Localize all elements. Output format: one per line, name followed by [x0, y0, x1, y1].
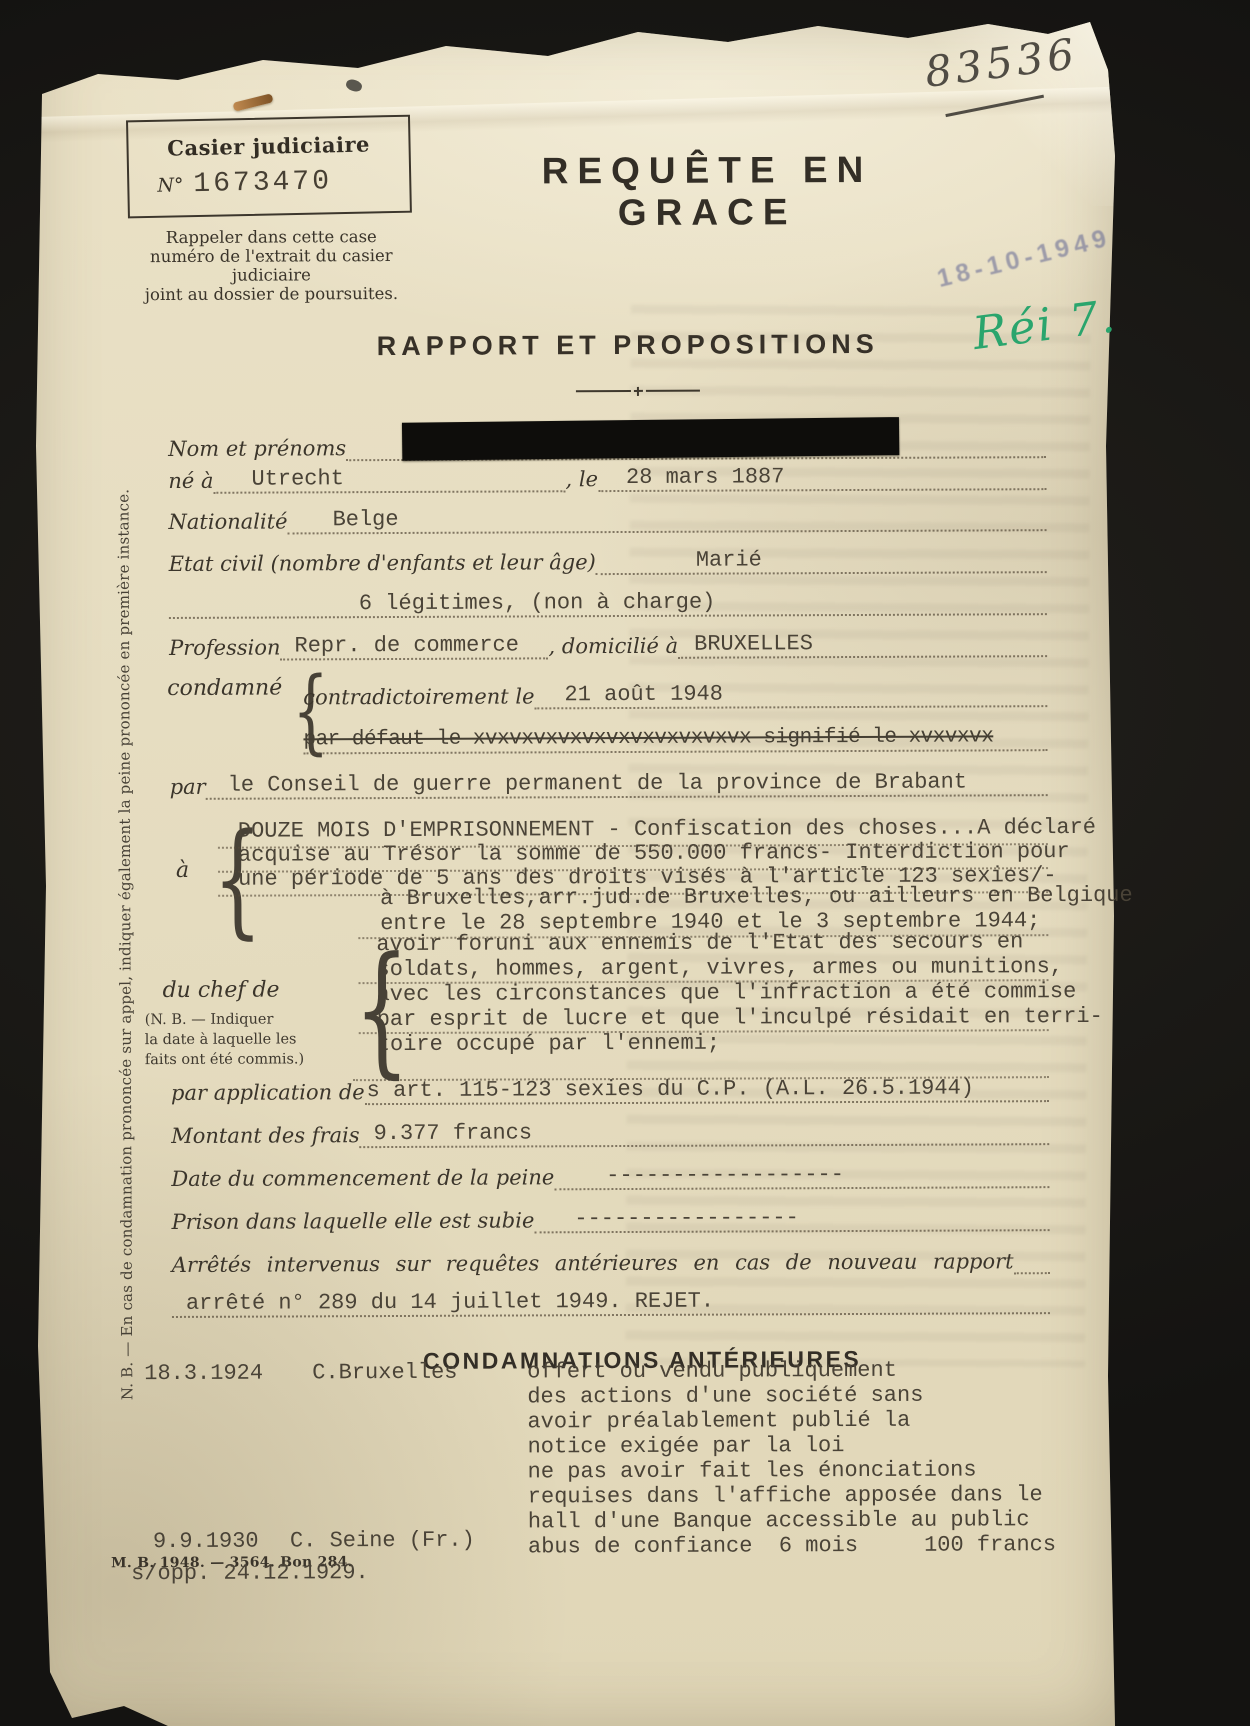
anterieure-offense-line: notice exigée par la loi: [527, 1434, 844, 1459]
page-title: REQUÊTE EN GRACE: [447, 149, 967, 235]
commencement-label: Date du commencement de la peine: [171, 1165, 554, 1192]
field-nom: Nom et prénoms: [168, 411, 1046, 462]
du-chef-note-line: (N. B. — Indiquer: [145, 1009, 345, 1030]
field-frais: Montant des frais 9.377 francs: [171, 1113, 1049, 1149]
casier-number-row: N° 1673470: [129, 165, 410, 202]
profession-label: Profession: [169, 636, 281, 661]
casier-number-label: N°: [157, 174, 184, 197]
anterieure-offense-line: avoir préalablement publié la: [527, 1409, 910, 1435]
field-etat-civil: Etat civil (nombre d'enfants et leur âge…: [169, 541, 1047, 577]
charge-line: avec les circonstances que l'infraction …: [377, 980, 1077, 1007]
charge-line: soldats, hommes, argent, vivres, armes o…: [376, 955, 1063, 982]
condamne-label: condamné: [167, 675, 282, 702]
casier-box-title: Casier judiciaire: [128, 131, 408, 162]
field-prison: Prison dans laquelle elle est subie ----…: [171, 1199, 1049, 1235]
field-commencement: Date du commencement de la peine -------…: [171, 1156, 1049, 1192]
a-label: à: [176, 858, 189, 884]
etat-civil-value: Marié: [596, 548, 762, 573]
date-stamp: 18-10-1949: [934, 224, 1114, 294]
field-contradictoirement: contradictoirement le 21 août 1948: [303, 677, 1047, 710]
arretes-label: Arrêtés intervenus sur requêtes antérieu…: [172, 1249, 1014, 1278]
charge-line: à Bruxelles,arr.jud.de Bruxelles, ou ail…: [380, 884, 1133, 911]
anterieure-offense-line: ne pas avoir fait les énonciations: [528, 1458, 977, 1484]
field-nationalite: Nationalité Belge: [168, 499, 1046, 535]
cross-icon: [633, 386, 642, 395]
green-handwritten-annotation: Réi 7.: [970, 289, 1120, 360]
application-label: par application de: [171, 1080, 365, 1106]
handwritten-underline: [945, 95, 1044, 117]
commencement-value: ------------------: [554, 1163, 844, 1188]
field-arretes: Arrêtés intervenus sur requêtes antérieu…: [172, 1242, 1050, 1278]
redaction-bar: [402, 417, 899, 461]
birthplace-value: Utrecht: [213, 467, 344, 492]
divider-ornament: [576, 386, 700, 397]
enfants-value: 6 légitimes, (non à charge): [359, 591, 716, 617]
contradictoirement-label: contradictoirement le: [303, 684, 534, 710]
handwritten-dossier-number: 83536: [922, 29, 1081, 97]
casier-box-note: Rappeler dans cette case numéro de l'ext…: [113, 227, 429, 304]
charge-brace-icon: [353, 939, 410, 1081]
domicilie-label: , domicilié à: [548, 634, 678, 660]
scanned-document: 83536 Casier judiciaire N° 1673470 Rappe…: [0, 0, 1250, 1726]
anterieure-date: 9.9.1930: [153, 1530, 259, 1554]
du-chef-note-line: la date à laquelle les: [145, 1029, 345, 1050]
anterieure-offense-line: abus de confiance 6 mois 100 francs: [528, 1533, 1056, 1559]
field-ne-a: né à Utrecht , le 28 mars 1887: [168, 458, 1046, 494]
anterieure-offense-line: hall d'une Banque accessible au public: [528, 1508, 1030, 1534]
nom-label: Nom et prénoms: [168, 436, 346, 462]
du-chef-note: (N. B. — Indiquer la date à laquelle les…: [145, 1009, 345, 1070]
anterieure-court: C. Seine (Fr.): [290, 1529, 475, 1554]
le-label: , le: [565, 467, 598, 492]
frais-label: Montant des frais: [171, 1123, 360, 1149]
birth-date-value: 28 mars 1887: [598, 465, 785, 490]
du-chef-note-line: faits ont été commis.): [145, 1049, 345, 1070]
report-subtitle: RAPPORT ET PROPOSITIONS: [366, 329, 890, 362]
field-par-defaut: par défaut le xvxvxvxvxvxvxvxvxvxvxvx si…: [303, 721, 1047, 754]
casier-judiciaire-box: Casier judiciaire N° 1673470: [126, 115, 412, 219]
charge-line: toire occupé par l'ennemi;: [377, 1032, 720, 1057]
anterieure-date: 18.3.1924: [144, 1362, 263, 1387]
charge-line: par esprit de lucre et que l'inculpé rés…: [377, 1005, 1103, 1032]
opposition-note: s/opp. 24.12.1929.: [131, 1561, 369, 1586]
ne-a-label: né à: [168, 469, 213, 494]
anterieure-court: C.Bruxelles: [312, 1361, 457, 1386]
document-content: 83536 Casier judiciaire N° 1673470 Rappe…: [0, 0, 1250, 1726]
par-label: par: [170, 775, 206, 800]
etat-civil-label: Etat civil (nombre d'enfants et leur âge…: [169, 550, 596, 577]
flourish-divider-icon: [709, 251, 839, 270]
field-arretes-value: arrêté n° 289 du 14 juillet 1949. REJET.: [172, 1282, 1050, 1318]
prison-value: -----------------: [534, 1206, 799, 1231]
tribunal-value: le Conseil de guerre permanent de la pro…: [206, 771, 967, 798]
domicile-value: BRUXELLES: [678, 632, 813, 657]
casier-note-line: numéro de l'extrait du casier judiciaire: [113, 246, 429, 285]
field-enfants: 6 légitimes, (non à charge): [169, 583, 1047, 619]
casier-note-line: Rappeler dans cette case: [113, 227, 429, 247]
field-application: par application de s art. 115-123 sexies…: [171, 1070, 1049, 1106]
anterieure-offense-line: requises dans l'affiche apposée dans le: [528, 1483, 1043, 1509]
profession-value: Repr. de commerce: [280, 633, 519, 658]
par-defaut-struck-line: par défaut le xvxvxvxvxvxvxvxvxvxvxvx si…: [303, 725, 993, 752]
field-profession: Profession Repr. de commerce , domicilié…: [169, 625, 1047, 661]
anterieure-offense-line: offert ou vendu publiquement: [527, 1359, 897, 1385]
nationalite-label: Nationalité: [168, 509, 287, 535]
casier-note-line: joint au dossier de poursuites.: [113, 284, 429, 304]
du-chef-label: du chef de: [162, 978, 279, 1005]
nationalite-value: Belge: [287, 508, 398, 532]
frais-value: 9.377 francs: [360, 1121, 533, 1146]
anterieure-offense-line: des actions d'une société sans: [527, 1384, 923, 1410]
casier-number-value: 1673470: [193, 166, 332, 200]
prison-label: Prison dans laquelle elle est subie: [172, 1208, 535, 1235]
judgment-date-value: 21 août 1948: [534, 683, 723, 708]
field-par-tribunal: par le Conseil de guerre permanent de la…: [170, 764, 1048, 800]
margin-note: N. B. — En cas de condamnation prononcée…: [114, 500, 136, 1400]
arretes-value: arrêté n° 289 du 14 juillet 1949. REJET.: [172, 1290, 714, 1316]
application-value: s art. 115-123 sexies du C.P. (A.L. 26.5…: [365, 1076, 974, 1103]
